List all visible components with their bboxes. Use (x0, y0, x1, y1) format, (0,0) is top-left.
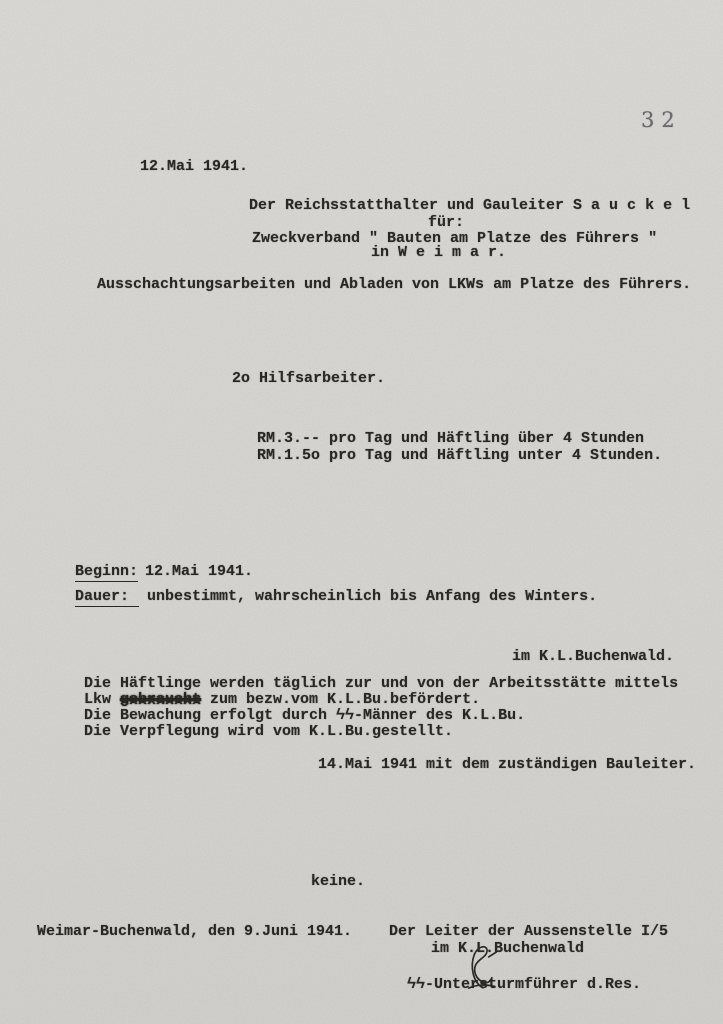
location-note: im K.L.Buchenwald. (512, 649, 674, 664)
place-date-line: Weimar-Buchenwald, den 9.Juni 1941. (37, 924, 352, 939)
overstrike-x: xxxxxxxxx (120, 693, 201, 708)
document-page: 32 12.Mai 1941. Der Reichsstatthalter un… (0, 0, 723, 1024)
signer-line-1: Der Leiter der Aussenstelle I/5 (389, 924, 668, 939)
recipient-line-2: für: (428, 215, 464, 230)
page-number-stamp: 32 (641, 108, 682, 132)
remarks-line: keine. (311, 874, 365, 889)
transport-line-2-suffix: zum bezw.vom K.L.Bu.befördert. (201, 691, 480, 708)
transport-line-4: Die Verpflegung wird vom K.L.Bu.gestellt… (84, 724, 453, 739)
recipient-line-1: Der Reichsstatthalter und Gauleiter S a … (249, 198, 690, 213)
subject-line: Ausschachtungsarbeiten und Abladen von L… (97, 277, 691, 292)
transport-line-2-prefix: Lkw (84, 691, 120, 708)
agreement-line: 14.Mai 1941 mit dem zuständigen Bauleite… (318, 757, 696, 772)
begin-value: 12.Mai 1941. (145, 563, 253, 580)
workers-line: 2o Hilfsarbeiter. (232, 371, 385, 386)
rate-line-2: RM.1.5o pro Tag und Häftling unter 4 Stu… (257, 448, 662, 463)
begin-line: Beginn:12.Mai 1941. (75, 564, 253, 579)
recipient-line-4: in W e i m a r. (371, 245, 506, 260)
date-line: 12.Mai 1941. (140, 159, 248, 174)
transport-line-1: Die Häftlinge werden täglich zur und von… (84, 676, 678, 691)
rate-line-1: RM.3.-- pro Tag und Häftling über 4 Stun… (257, 431, 644, 446)
begin-label: Beginn: (75, 563, 138, 582)
duration-line: Dauer:unbestimmt, wahrscheinlich bis Anf… (75, 589, 597, 604)
scan-grain-overlay (0, 0, 723, 1024)
struck-out-word: gebrauchtxxxxxxxxx (120, 692, 201, 707)
transport-line-3: Die Bewachung erfolgt durch ϟϟ-Männer de… (84, 708, 525, 723)
signer-line-3: ϟϟ-Untersturmführer d.Res. (407, 977, 641, 992)
duration-value: unbestimmt, wahrscheinlich bis Anfang de… (147, 588, 597, 605)
duration-label: Dauer: (75, 588, 139, 607)
transport-line-2: Lkw gebrauchtxxxxxxxxx zum bezw.vom K.L.… (84, 692, 480, 707)
